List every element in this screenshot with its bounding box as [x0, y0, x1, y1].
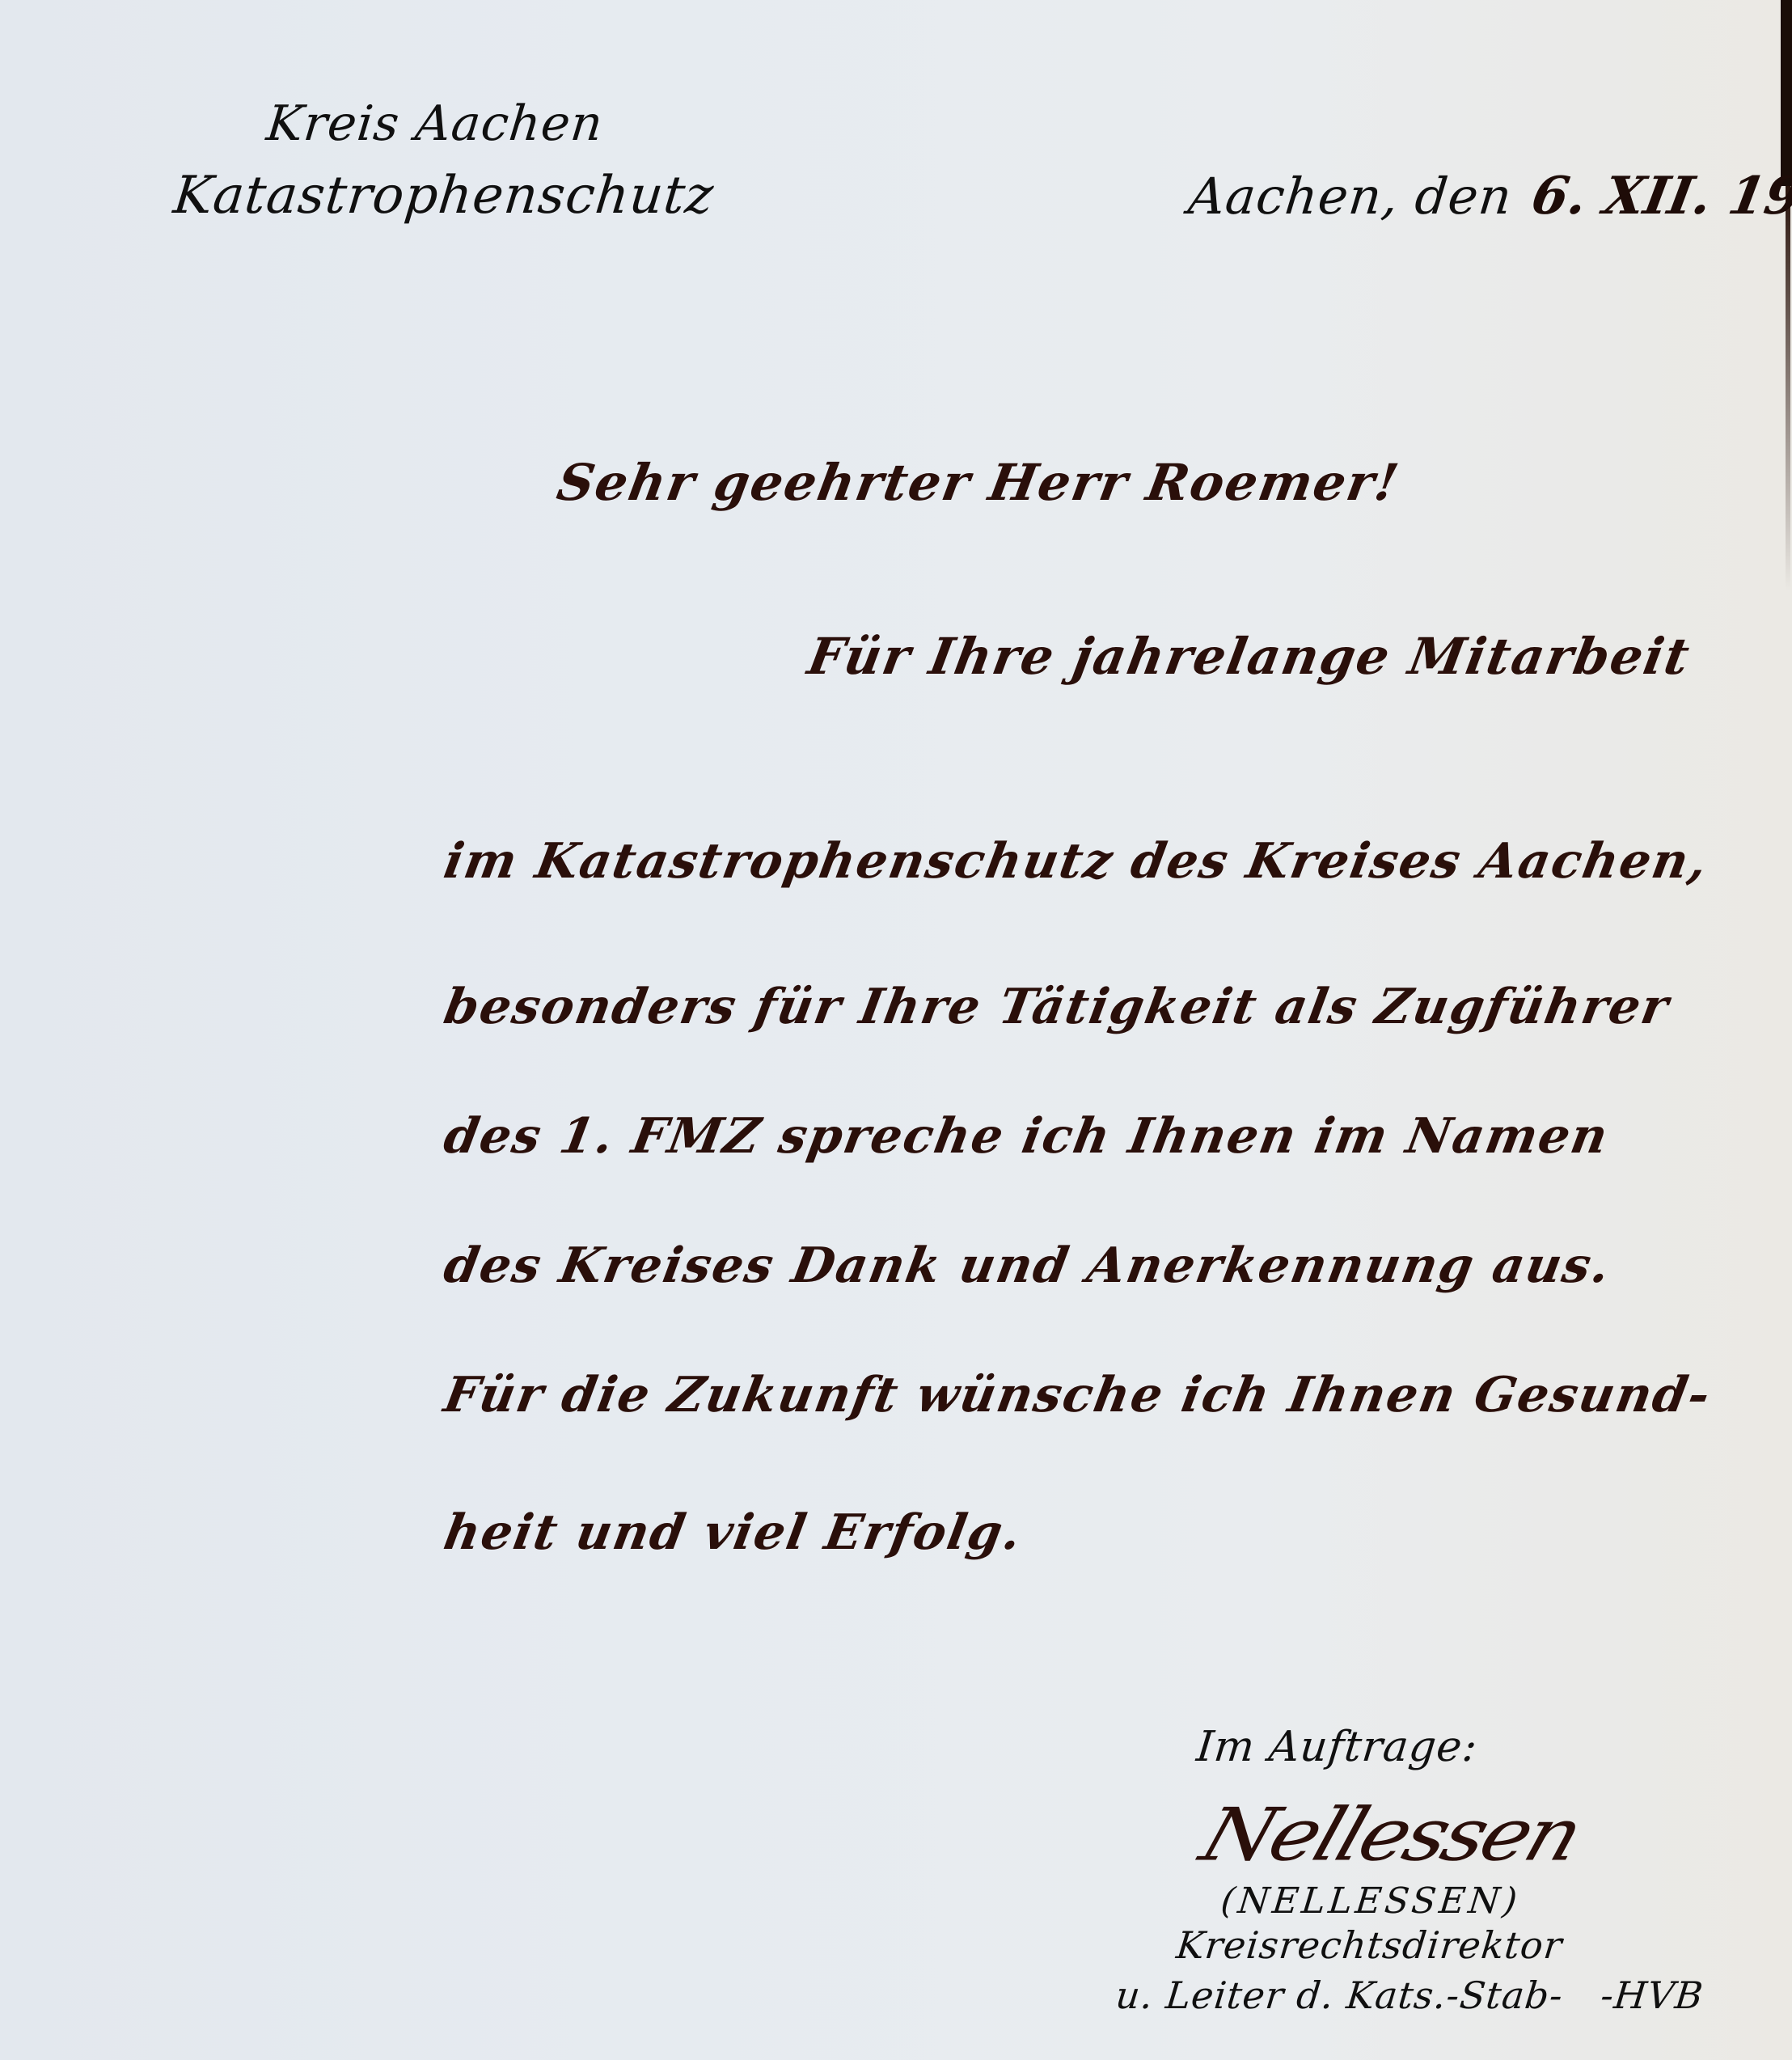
date-value: 6. XII. 1975.	[1527, 166, 1792, 226]
scan-edge-shadow	[1786, 186, 1790, 590]
body-line: heit und viel Erfolg.	[440, 1504, 1027, 1561]
body-line: des 1. FMZ spreche ich Ihnen im Namen	[440, 1108, 1613, 1165]
signatory-role: u. Leiter d. Kats.-Stab- -HVB	[1114, 1973, 1705, 2017]
signatory-title: Kreisrechtsdirektor	[1174, 1923, 1565, 1967]
body-line: im Katastrophenschutz des Kreises Aachen…	[440, 833, 1713, 890]
salutation: Sehr geehrter Herr Roemer!	[553, 453, 1405, 512]
letterhead-department: Katastrophenschutz	[171, 166, 716, 226]
body-line: Für Ihre jahrelange Mitarbeit	[804, 627, 1696, 686]
date-place: Aachen, den	[1186, 167, 1515, 226]
body-line: Für die Zukunft wünsche ich Ihnen Gesund…	[440, 1367, 1715, 1423]
body-line: des Kreises Dank und Anerkennung aus.	[440, 1237, 1616, 1294]
letterhead-district: Kreis Aachen	[264, 95, 606, 152]
scan-edge-border	[1781, 0, 1792, 186]
signature: Nellessen	[1191, 1792, 1591, 1877]
date-line: Aachen, den 6. XII. 1975.	[1189, 166, 1792, 226]
letter-page: Kreis Aachen Katastrophenschutz Aachen, …	[0, 0, 1792, 2060]
closing-label: Im Auftrage:	[1194, 1723, 1480, 1771]
signatory-name: (NELLESSEN)	[1219, 1880, 1522, 1922]
body-line: besonders für Ihre Tätigkeit als Zugführ…	[440, 979, 1674, 1035]
